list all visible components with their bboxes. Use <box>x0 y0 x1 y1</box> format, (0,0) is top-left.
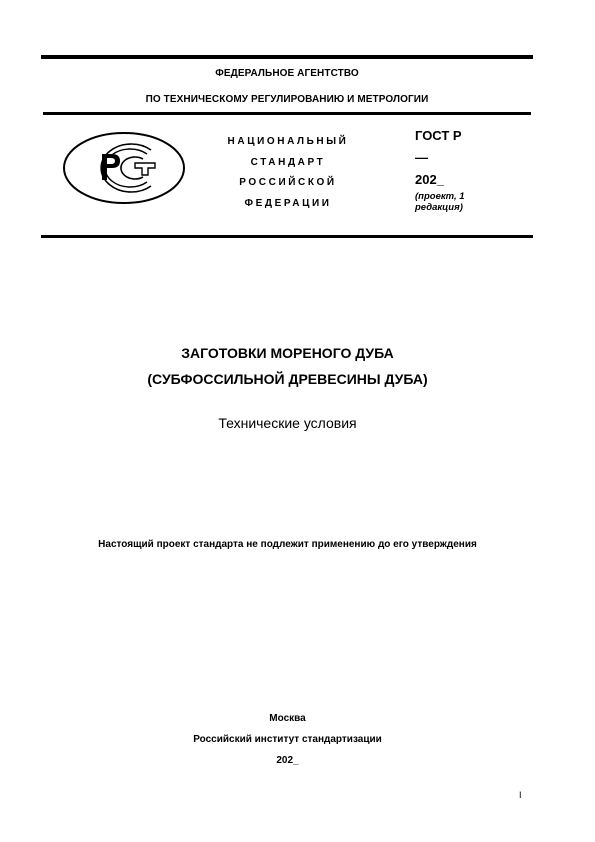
document-title: ЗАГОТОВКИ МОРЕНОГО ДУБА (СУБФОССИЛЬНОЙ Д… <box>60 340 515 392</box>
rst-certification-logo-icon <box>55 128 195 208</box>
gost-year: 202_ <box>415 172 515 192</box>
national-standard-line2: СТАНДАРТ <box>200 153 376 174</box>
header-bottom-rule <box>41 235 533 238</box>
gost-draft-note: (проект, 1 редакция) <box>415 192 485 213</box>
rst-logo <box>55 128 195 208</box>
national-standard-label: НАЦИОНАЛЬНЫЙ СТАНДАРТ РОССИЙСКОЙ ФЕДЕРАЦ… <box>200 132 376 214</box>
draft-notice: Настоящий проект стандарта не подлежит п… <box>40 539 535 550</box>
document-title-line1: ЗАГОТОВКИ МОРЕНОГО ДУБА <box>60 340 515 366</box>
header-divider-rule <box>43 112 531 115</box>
document-title-line2: (СУБФОССИЛЬНОЙ ДРЕВЕСИНЫ ДУБА) <box>60 366 515 392</box>
imprint: Москва Российский институт стандартизаци… <box>60 708 515 771</box>
national-standard-line3: РОССИЙСКОЙ <box>200 173 376 194</box>
gost-title: ГОСТ Р <box>415 128 515 150</box>
gost-designation: ГОСТ Р — 202_ (проект, 1 редакция) <box>415 128 515 213</box>
page-number: I <box>519 790 522 800</box>
gost-dash: — <box>415 150 515 172</box>
agency-name-line1: ФЕДЕРАЛЬНОЕ АГЕНТСТВО <box>41 68 533 79</box>
national-standard-line4: ФЕДЕРАЦИИ <box>200 194 376 215</box>
imprint-city: Москва <box>60 708 515 729</box>
top-rule <box>41 55 533 59</box>
imprint-year: 202_ <box>60 750 515 771</box>
agency-name-line2: ПО ТЕХНИЧЕСКОМУ РЕГУЛИРОВАНИЮ И МЕТРОЛОГ… <box>41 94 533 105</box>
national-standard-line1: НАЦИОНАЛЬНЫЙ <box>200 132 376 153</box>
document-subtitle: Технические условия <box>60 415 515 431</box>
imprint-publisher: Российский институт стандартизации <box>60 729 515 750</box>
